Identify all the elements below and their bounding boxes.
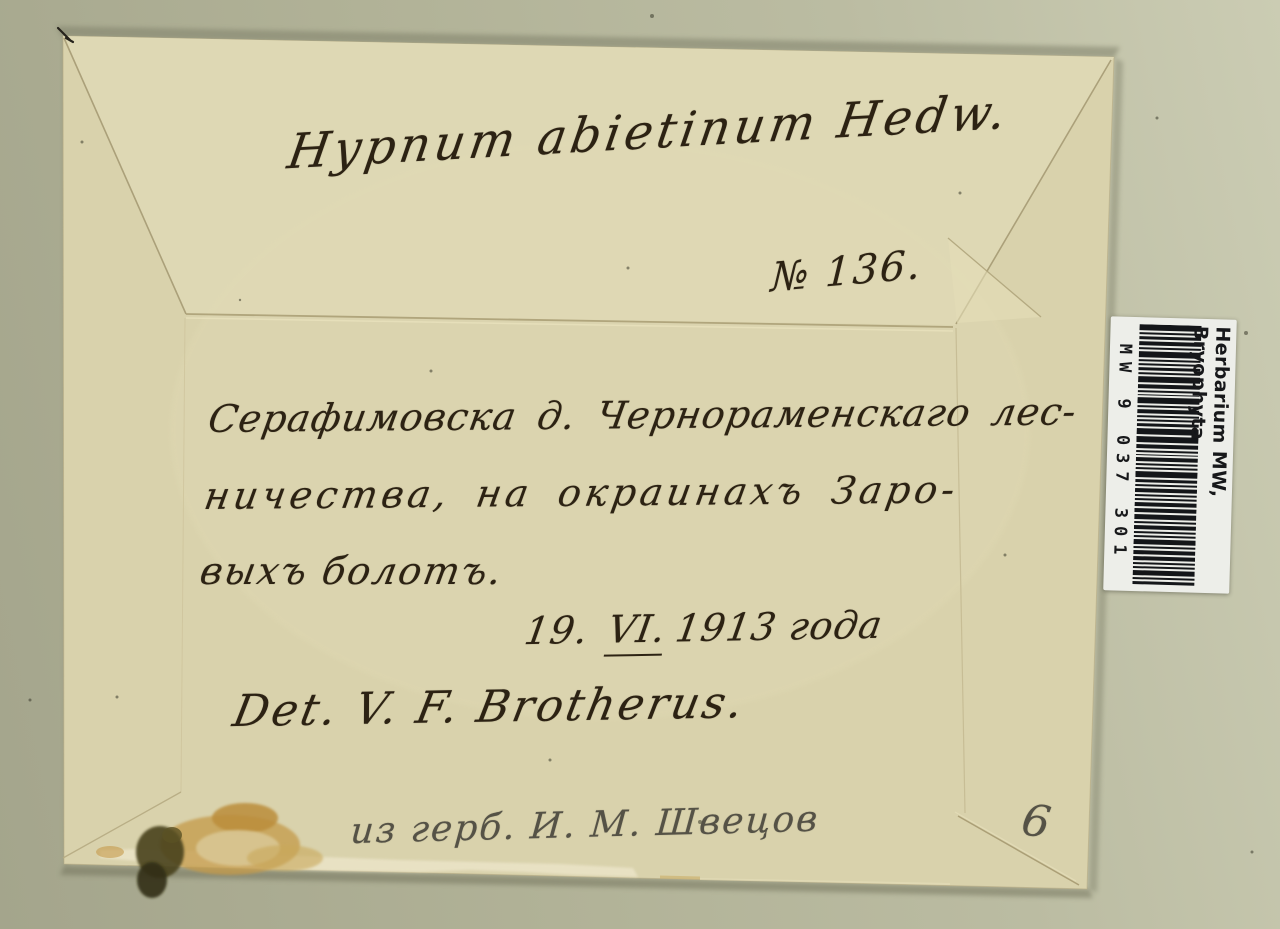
specimen-photo: Hypnum abietinum Hedw. № 136. Серафимовс… (0, 0, 1280, 929)
date-month: VI. (604, 607, 669, 657)
barcode-institution: Herbarium MW, Bryophyta (1198, 324, 1233, 589)
date-year: 1913 года (672, 603, 886, 651)
barcode-number: MW 9 037 301 (1106, 321, 1135, 586)
locality-line-2: ничества, на окраинахъ Заро- (202, 470, 962, 515)
locality-line-1: Серафимовска д. Чернораменскаго лес- (206, 392, 1080, 438)
locality-line-3: выхъ болотъ. (197, 552, 506, 590)
determiner-annotation: Det. V. F. Brotherus. (229, 681, 749, 734)
barcode-label: MW 9 037 301 Herbarium MW, Bryophyta (1103, 316, 1237, 593)
date-annotation: 19.VI.1913 года (522, 606, 886, 650)
date-day: 19. (521, 608, 591, 653)
